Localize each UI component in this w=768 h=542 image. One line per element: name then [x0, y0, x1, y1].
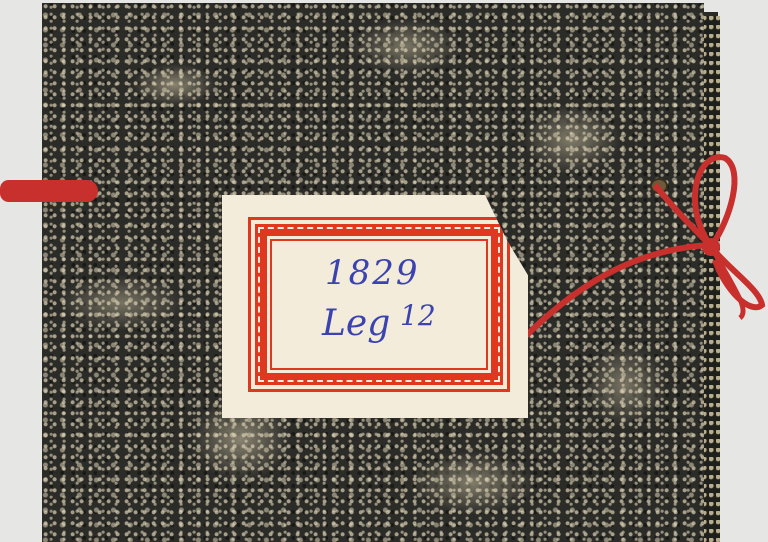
left-tie-string	[0, 180, 98, 202]
paper-label: 1829 Leg 12	[222, 195, 528, 418]
label-leg-word: Leg	[322, 303, 390, 344]
red-bow-string	[500, 150, 768, 360]
label-leg-number: 12	[400, 299, 436, 332]
label-year: 1829	[325, 253, 420, 293]
